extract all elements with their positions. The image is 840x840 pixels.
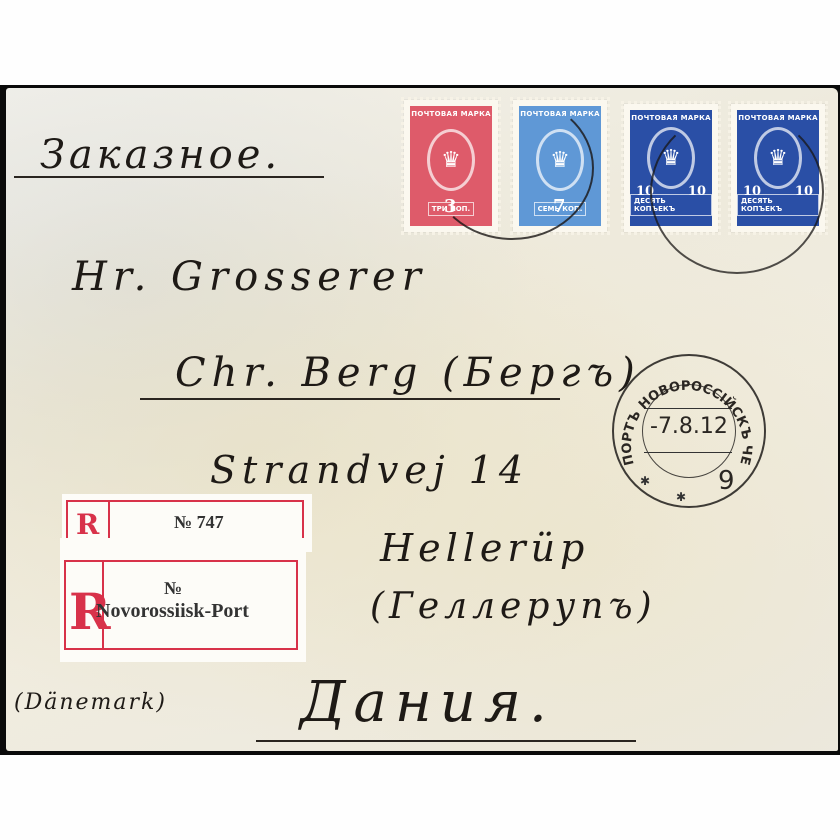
registration-office: Novorossiisk-Port	[96, 600, 249, 623]
cancellation-arc-left	[430, 96, 594, 240]
svg-text:ПОРТЪ НОВОРОССІЙСКЪ ЧЕРНОМ. Г.: ПОРТЪ НОВОРОССІЙСКЪ ЧЕРНОМ. Г.	[612, 354, 754, 467]
registered-inscription: Заказное.	[40, 132, 281, 178]
addressee-name: Chr. Berg (Бергъ)	[175, 350, 641, 396]
underline	[140, 398, 560, 400]
registration-number: № 747	[174, 512, 224, 533]
registration-label-front: R № Novorossiisk-Port	[60, 538, 306, 662]
underline	[14, 176, 324, 178]
registration-letter: R	[76, 508, 99, 541]
postmark-ring-text: ПОРТЪ НОВОРОССІЙСКЪ ЧЕРНОМ. Г.	[612, 354, 762, 504]
addressee-title: Hr. Grosserer	[72, 254, 427, 300]
city-cyrillic: (Геллерупъ)	[370, 586, 657, 627]
city-latin: Hellerüp	[380, 526, 589, 570]
underline	[256, 740, 636, 742]
country-cyrillic: Дания.	[300, 670, 555, 735]
registration-number-label: №	[164, 578, 182, 599]
country-note: (Dänemark)	[14, 690, 167, 715]
street-address: Strandvej 14	[210, 448, 529, 492]
cancellation-arc-right	[650, 110, 824, 274]
